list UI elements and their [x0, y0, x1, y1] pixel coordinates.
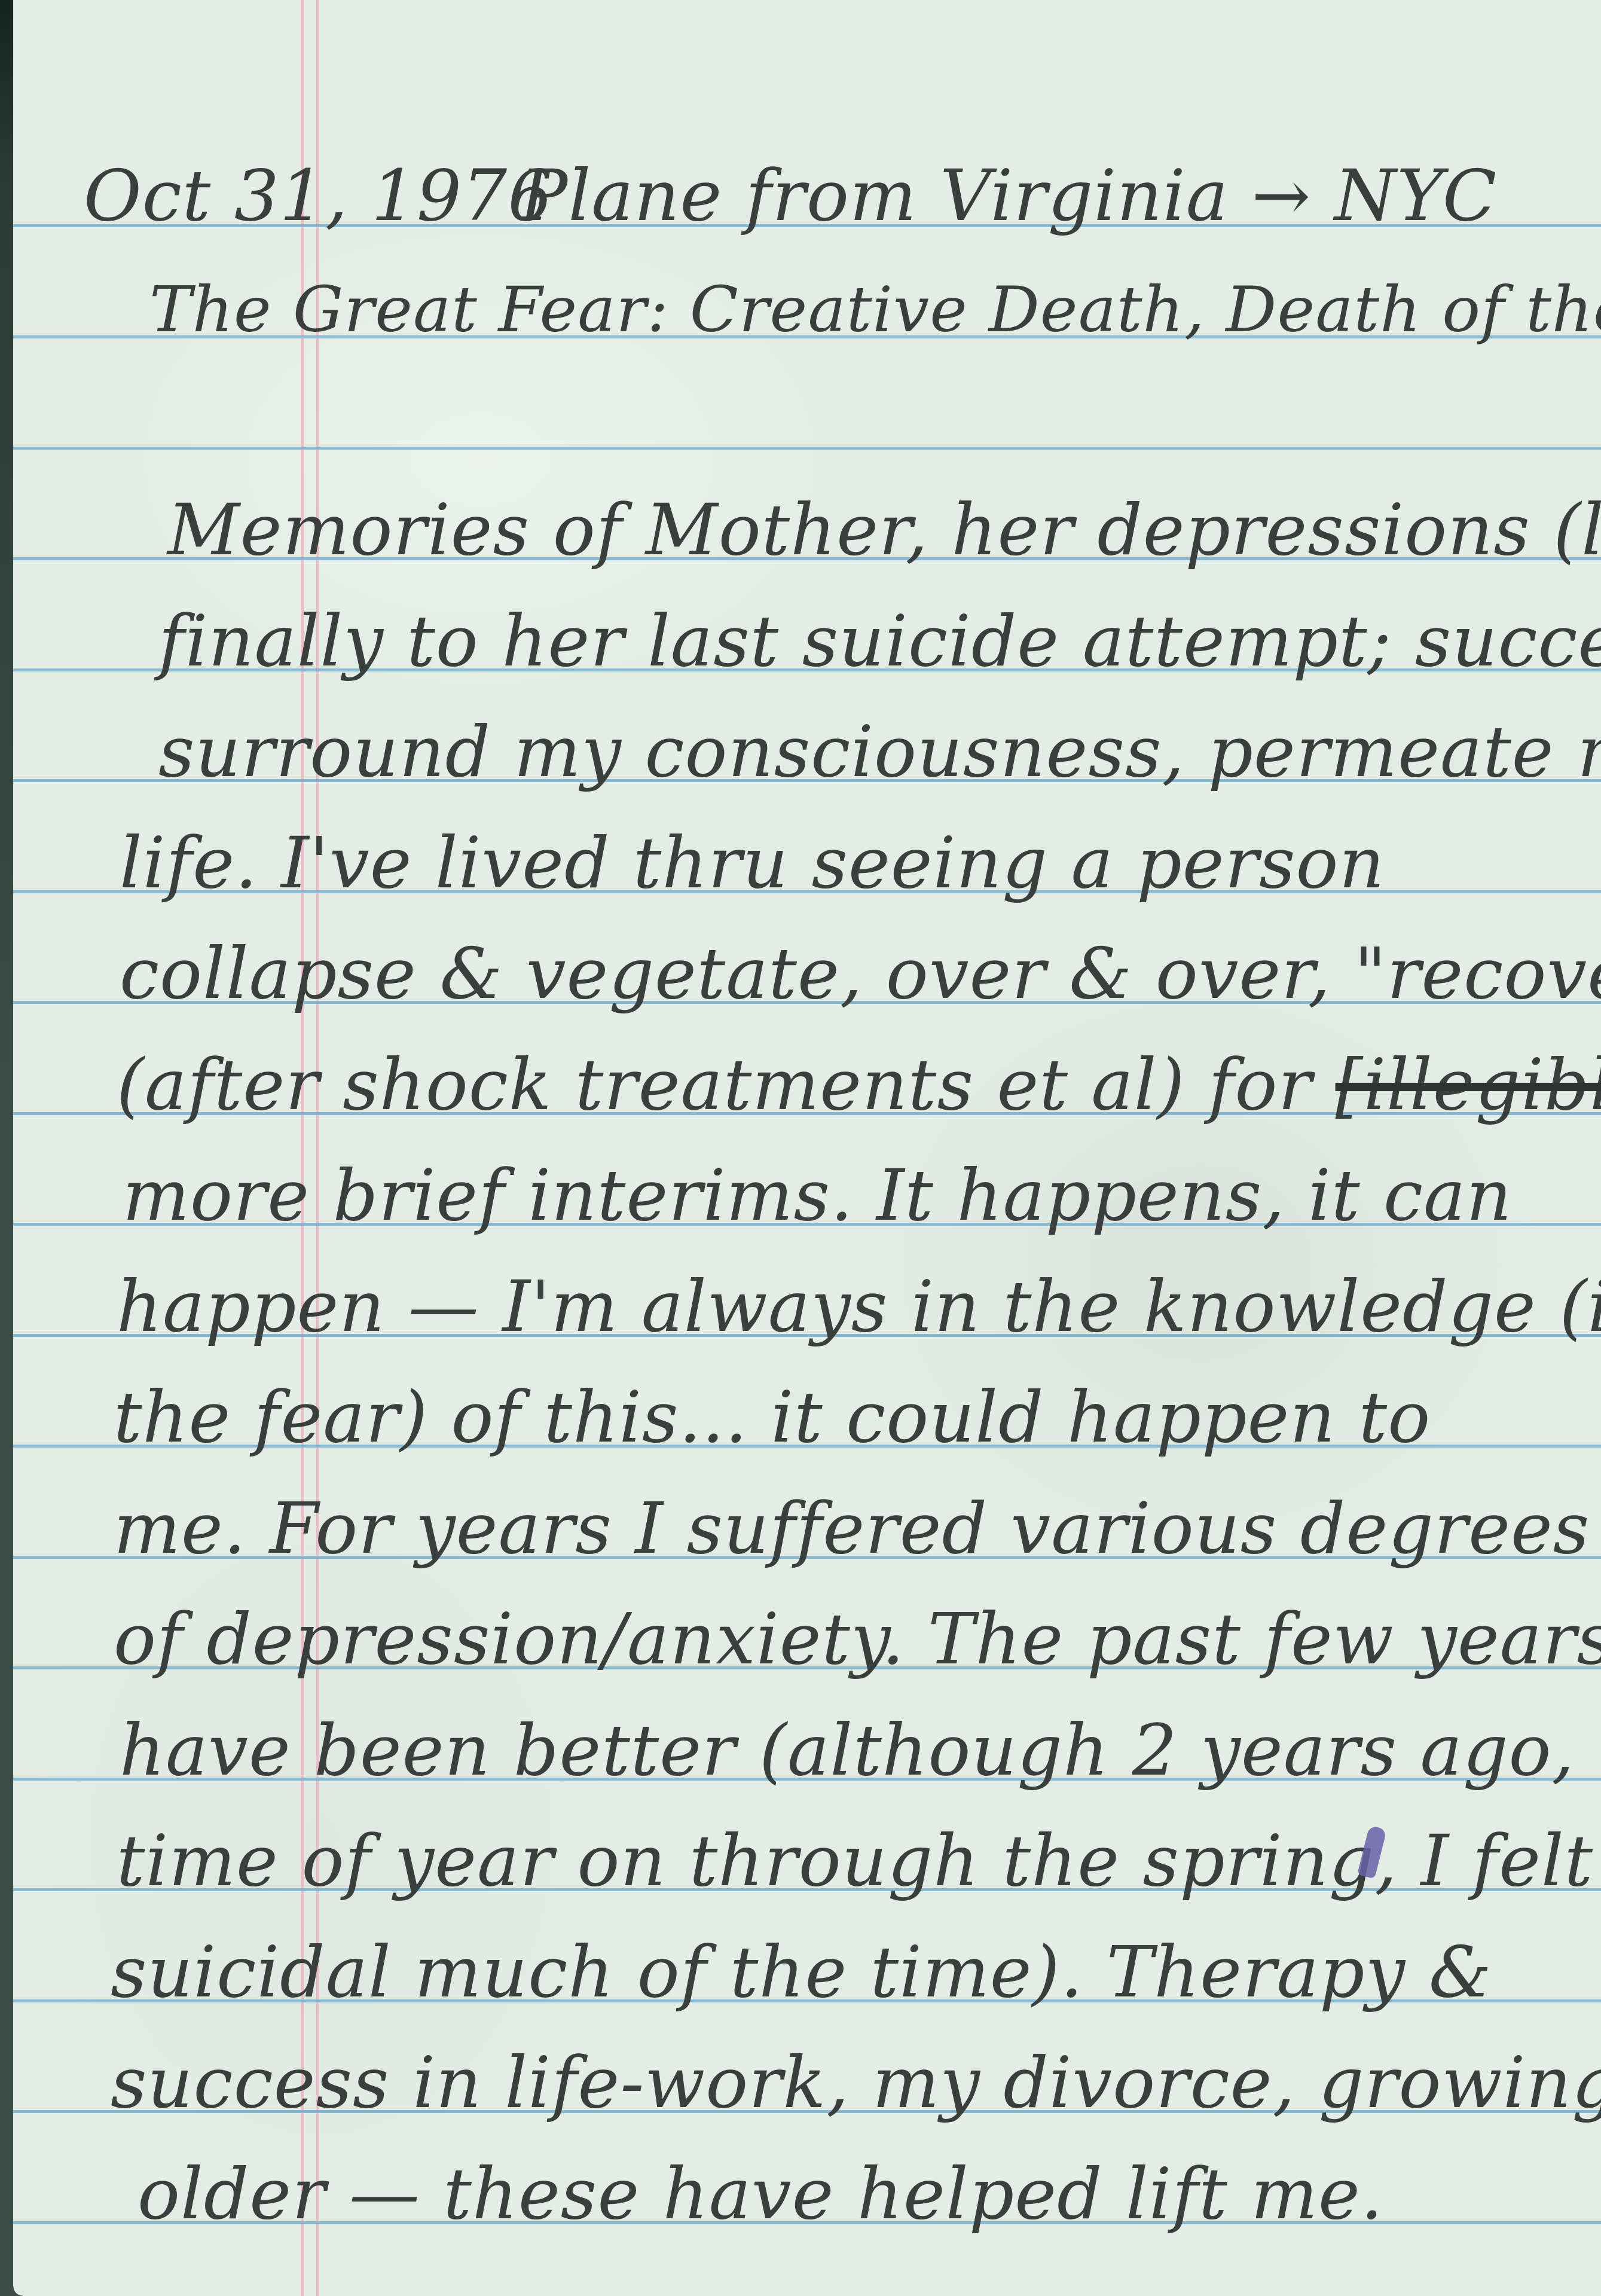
body-line-6: (after shock treatments et al) for [ille…	[117, 1049, 1601, 1120]
body-line-15: success in life-work, my divorce, growin…	[111, 2047, 1601, 2118]
body-line-8: happen — I'm always in the knowledge (if…	[117, 1271, 1601, 1342]
body-line-6-text: (after shock treatments et al) for	[117, 1043, 1312, 1126]
entry-location: Plane from Virginia → NYC	[520, 160, 1497, 231]
rule-line	[13, 447, 1601, 450]
body-line-9: the fear) of this... it could happen to	[114, 1382, 1431, 1452]
body-line-14: suicidal much of the time). Therapy &	[111, 1937, 1492, 2007]
entry-date: Oct 31, 1976	[84, 160, 553, 231]
struck-out-word: [illegible]	[1336, 1043, 1601, 1126]
entry-title: The Great Fear: Creative Death, Death of…	[149, 279, 1601, 341]
body-line-3: surround my consciousness, permeate my	[158, 716, 1601, 787]
body-line-7: more brief interims. It happens, it can	[123, 1160, 1512, 1231]
body-line-4: life. I've lived thru seeing a person	[120, 828, 1385, 898]
body-line-12: have been better (although 2 years ago, …	[120, 1715, 1601, 1785]
paper-corner	[13, 2286, 23, 2296]
body-line-2: finally to her last suicide attempt; suc…	[158, 606, 1601, 676]
body-line-1: Memories of Mother, her depressions (lea…	[167, 494, 1601, 565]
body-line-16: older — these have helped lift me.	[138, 2158, 1383, 2229]
body-line-5: collapse & vegetate, over & over, "recov…	[120, 938, 1601, 1009]
notebook-page: Oct 31, 1976 Plane from Virginia → NYC T…	[0, 0, 1601, 2296]
body-line-11: of depression/anxiety. The past few year…	[114, 1604, 1601, 1674]
body-line-10: me. For years I suffered various degrees	[114, 1493, 1590, 1564]
binding-edge	[0, 0, 13, 2296]
